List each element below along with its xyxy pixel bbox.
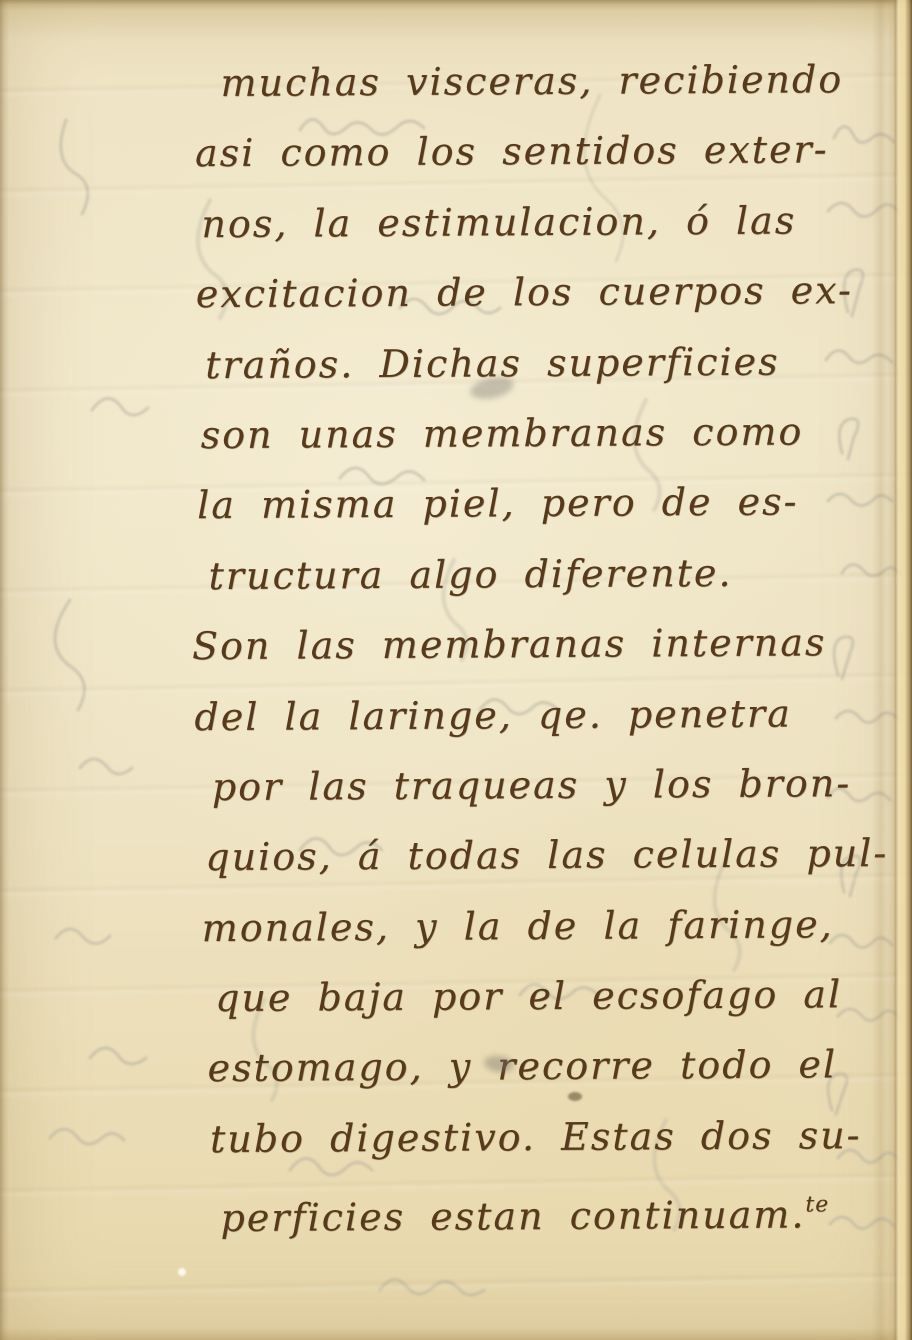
page-edge-top [0,0,912,10]
manuscript-page: muchas visceras, recibiendo asi como los… [0,0,912,1340]
manuscript-text-block: muchas visceras, recibiendo asi como los… [194,44,901,1245]
manuscript-line: asi como los sentidos exter- [195,114,895,189]
manuscript-line: muchas visceras, recibiendo [220,44,894,119]
book-leaf-edge-right [886,0,912,1340]
manuscript-line: excitacion de los cuerpos ex- [196,255,896,330]
manuscript-line: estomago, y recorre todo el [207,1029,900,1104]
ink-speck [568,1092,582,1101]
manuscript-line: que baja por el ecsofago al [215,959,900,1034]
page-edge-bottom [0,1328,912,1340]
manuscript-line: tubo digestivo. Estas dos su- [210,1100,901,1175]
manuscript-line: la misma piel, pero de es- [197,466,897,541]
manuscript-line: nos, la estimulacion, ó las [201,185,895,260]
manuscript-line-with-superscript: perficies estan continuam.te [220,1170,901,1245]
manuscript-line: por las traqueas y los bron- [212,748,899,823]
manuscript-line-text: perficies estan continuam. [220,1193,805,1241]
manuscript-line: Son las membranas internas [192,607,898,682]
manuscript-line: quios, á todas las celulas pul- [205,818,899,893]
manuscript-line: del la laringe, qe. penetra [194,677,898,752]
manuscript-line: son unas membranas como [201,396,897,471]
superscript-abbreviation: te [805,1193,829,1218]
manuscript-line: tructura algo diferente. [208,537,897,612]
paper-flaw-spot [178,1268,186,1276]
manuscript-line: traños. Dichas superficies [205,325,896,400]
page-edge-left [0,0,9,1340]
manuscript-line: monales, y la de la faringe, [202,889,900,964]
